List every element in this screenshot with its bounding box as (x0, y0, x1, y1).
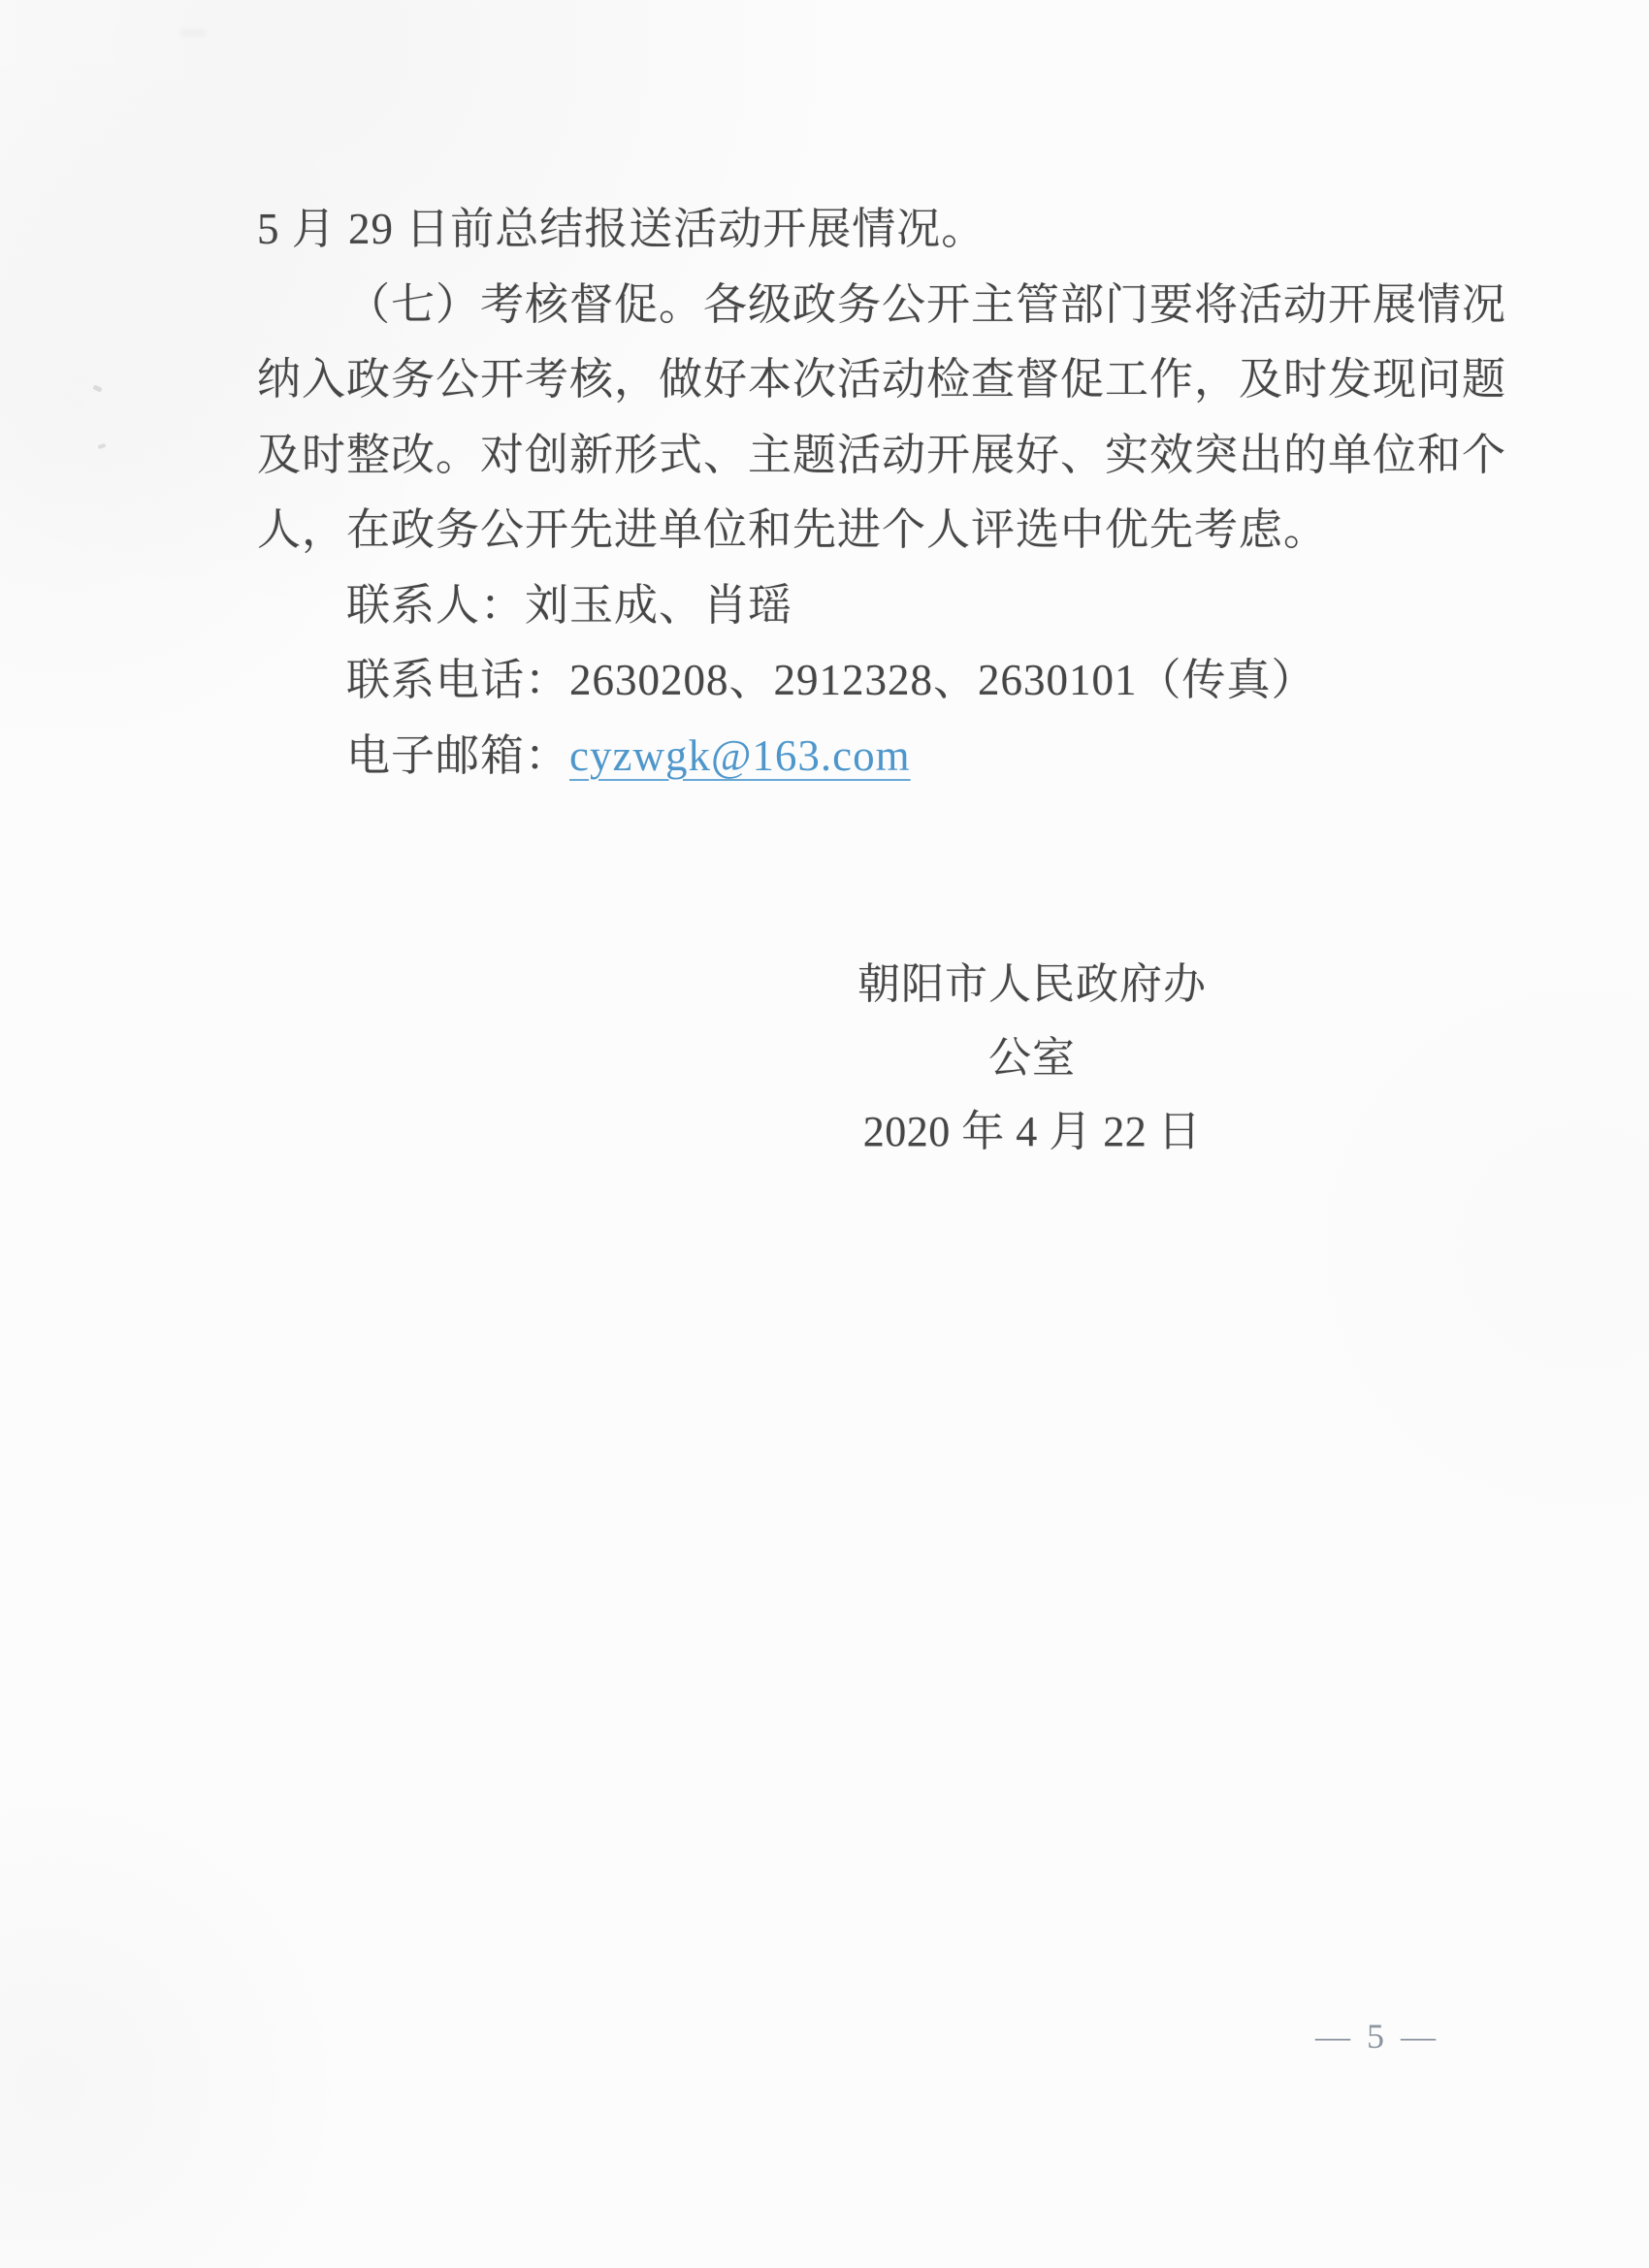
body-line: （七）考核督促。各级政务公开主管部门要将活动开展情况 (257, 268, 1489, 343)
scan-smudge (92, 384, 102, 392)
body-line: 及时整改。对创新形式、主题活动开展好、实效突出的单位和个 (257, 418, 1489, 494)
email-link[interactable]: cyzwgk@163.com (569, 731, 911, 780)
contact-phone-label: 联系电话： (346, 656, 569, 704)
body-line: 人，在政务公开先进单位和先进个人评选中优先考虑。 (257, 493, 1489, 568)
body-line: 5 月 29 日前总结报送活动开展情况。 (257, 192, 1489, 268)
contact-person-value: 刘玉成、肖瑶 (525, 581, 792, 630)
contact-person-label: 联系人： (346, 581, 525, 630)
page-number: — 5 — (1290, 2016, 1465, 2057)
scan-smudge (180, 29, 206, 37)
contact-line-person: 联系人：刘玉成、肖瑶 (257, 568, 1489, 644)
scan-smudge (98, 443, 107, 449)
scanned-document-page: 5 月 29 日前总结报送活动开展情况。 （七）考核督促。各级政务公开主管部门要… (0, 0, 1649, 2268)
contact-phone-value: 2630208、2912328、2630101（传真） (569, 656, 1316, 704)
signature-organization: 朝阳市人民政府办公室 (842, 948, 1222, 1095)
signature-block: 朝阳市人民政府办公室 2020 年 4 月 22 日 (842, 948, 1222, 1169)
signature-date: 2020 年 4 月 22 日 (842, 1095, 1222, 1169)
document-body: 5 月 29 日前总结报送活动开展情况。 （七）考核督促。各级政务公开主管部门要… (257, 192, 1489, 794)
contact-line-phone: 联系电话：2630208、2912328、2630101（传真） (257, 643, 1489, 719)
contact-email-label: 电子邮箱： (346, 731, 569, 780)
body-line: 纳入政务公开考核，做好本次活动检查督促工作，及时发现问题 (257, 342, 1489, 418)
contact-line-email: 电子邮箱：cyzwgk@163.com (257, 719, 1489, 794)
